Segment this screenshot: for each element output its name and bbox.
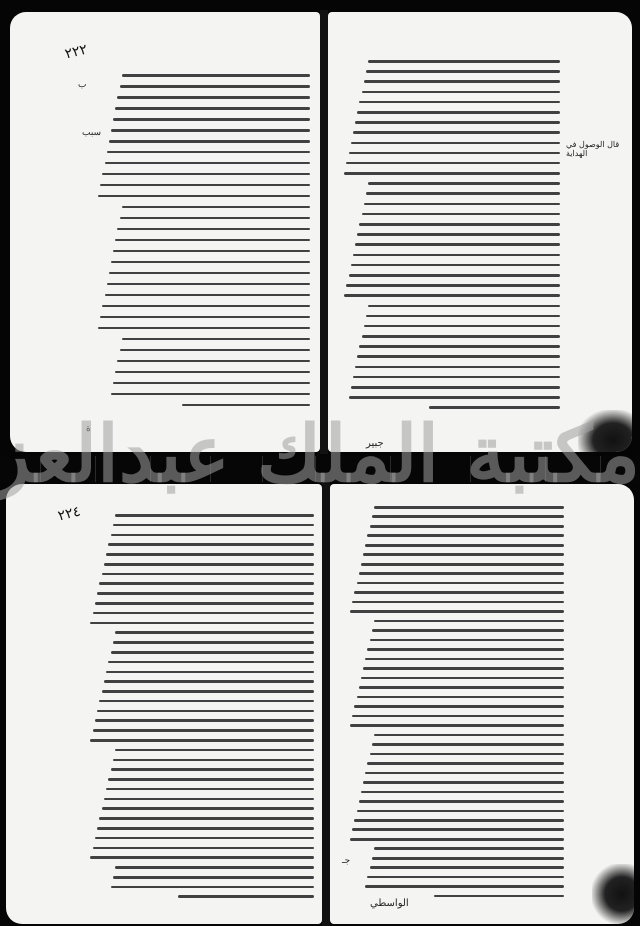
text-line	[429, 406, 560, 409]
text-line	[357, 810, 564, 813]
text-line	[354, 591, 564, 594]
text-line	[350, 610, 564, 613]
text-line	[359, 345, 560, 348]
text-line	[350, 724, 564, 727]
text-line	[364, 325, 560, 328]
text-line	[182, 404, 310, 407]
text-line	[367, 762, 564, 765]
text-line	[122, 206, 310, 209]
text-line	[365, 544, 564, 547]
text-line	[366, 315, 560, 318]
text-line	[113, 250, 310, 253]
text-line	[352, 828, 564, 831]
text-line	[361, 677, 564, 680]
text-line	[366, 70, 560, 73]
text-line	[357, 696, 564, 699]
scan-band	[0, 456, 640, 482]
text-line	[355, 366, 560, 369]
text-line	[352, 601, 564, 604]
bottom-spread: ٢٢٤ جـ الواسطي	[0, 482, 640, 926]
gutter	[322, 482, 330, 926]
text-line	[102, 173, 310, 176]
text-line	[349, 274, 560, 277]
text-line	[100, 316, 310, 319]
text-line	[111, 768, 314, 771]
text-line	[102, 690, 314, 693]
text-line	[359, 572, 564, 575]
text-line	[115, 371, 310, 374]
text-line	[115, 107, 310, 110]
text-line	[93, 729, 314, 732]
text-line	[365, 885, 564, 888]
text-line	[97, 827, 314, 830]
text-line	[365, 772, 564, 775]
text-line	[366, 192, 560, 195]
text-line	[372, 743, 564, 746]
text-line	[98, 195, 310, 198]
text-line	[111, 393, 310, 396]
text-line	[362, 91, 560, 94]
text-line	[374, 847, 564, 850]
text-line	[111, 534, 314, 537]
text-line	[104, 563, 314, 566]
text-line	[113, 524, 314, 527]
text-line	[364, 203, 560, 206]
text-line	[102, 573, 314, 576]
margin-note: قال الوصول في الهداية	[566, 140, 626, 158]
top-left-page: ٢٢٢ ب سبب ة	[10, 12, 320, 452]
text-line	[351, 386, 560, 389]
text-line	[357, 233, 560, 236]
text-line	[352, 715, 564, 718]
text-line	[349, 396, 560, 399]
text-line	[355, 121, 560, 124]
text-line	[106, 553, 314, 556]
scan-shadow	[592, 864, 634, 924]
text-line	[434, 895, 564, 898]
text-line	[363, 553, 564, 556]
text-line	[350, 838, 564, 841]
bottom-right-page: جـ الواسطي	[330, 484, 634, 924]
text-line	[107, 283, 310, 286]
text-line	[178, 895, 314, 898]
text-line	[117, 96, 310, 99]
text-line	[111, 261, 310, 264]
scan-shadow	[578, 410, 632, 452]
text-line	[95, 602, 314, 605]
text-line	[115, 866, 314, 869]
text-line	[93, 612, 314, 615]
text-line	[354, 705, 564, 708]
text-line	[90, 739, 314, 742]
text-line	[90, 856, 314, 859]
text-line	[111, 886, 314, 889]
text-line	[111, 651, 314, 654]
text-line	[105, 294, 310, 297]
text-line	[109, 272, 310, 275]
text-line	[99, 817, 314, 820]
text-line	[374, 734, 564, 737]
text-line	[368, 182, 560, 185]
text-line	[374, 506, 564, 509]
text-line	[370, 753, 564, 756]
text-line	[346, 162, 560, 165]
text-block	[342, 60, 560, 417]
text-line	[108, 661, 314, 664]
text-line	[367, 876, 564, 879]
text-line	[102, 305, 310, 308]
text-line	[344, 172, 560, 175]
text-line	[359, 223, 560, 226]
text-line	[367, 534, 564, 537]
text-block	[88, 514, 314, 905]
text-line	[344, 294, 560, 297]
text-line	[95, 719, 314, 722]
text-line	[359, 800, 564, 803]
text-line	[372, 515, 564, 518]
text-line	[367, 648, 564, 651]
text-line	[363, 781, 564, 784]
text-line	[357, 111, 560, 114]
text-line	[362, 335, 560, 338]
text-line	[349, 152, 560, 155]
text-line	[97, 710, 314, 713]
text-line	[365, 658, 564, 661]
text-line	[120, 85, 310, 88]
text-line	[353, 376, 560, 379]
text-line	[99, 700, 314, 703]
text-line	[115, 239, 310, 242]
text-line	[368, 305, 560, 308]
text-line	[364, 80, 560, 83]
text-line	[106, 788, 314, 791]
text-line	[370, 639, 564, 642]
text-line	[368, 60, 560, 63]
catchword: جبير	[366, 438, 384, 449]
text-line	[122, 74, 310, 77]
text-line	[98, 327, 310, 330]
text-line	[346, 284, 560, 287]
gutter	[320, 10, 328, 454]
text-line	[374, 620, 564, 623]
text-line	[113, 382, 310, 385]
text-line	[122, 338, 310, 341]
top-right-page: قال الوصول في الهداية جبير	[328, 12, 632, 452]
text-line	[370, 866, 564, 869]
text-line	[353, 254, 560, 257]
text-line	[108, 543, 314, 546]
text-line	[111, 129, 310, 132]
text-line	[362, 213, 560, 216]
text-line	[104, 798, 314, 801]
text-line	[100, 184, 310, 187]
text-line	[102, 807, 314, 810]
text-line	[351, 142, 560, 145]
text-line	[93, 847, 314, 850]
text-line	[357, 355, 560, 358]
text-line	[117, 228, 310, 231]
text-line	[355, 243, 560, 246]
text-line	[372, 857, 564, 860]
text-line	[351, 264, 560, 267]
text-line	[106, 671, 314, 674]
text-line	[113, 118, 310, 121]
text-line	[353, 131, 560, 134]
text-line	[113, 876, 314, 879]
text-line	[372, 629, 564, 632]
text-line	[115, 631, 314, 634]
text-line	[115, 749, 314, 752]
footer-mark: ة	[86, 424, 91, 434]
text-line	[95, 837, 314, 840]
text-line	[97, 592, 314, 595]
text-line	[109, 140, 310, 143]
top-spread: ٢٢٢ ب سبب ة قال الوصول في الهداية جبير	[0, 0, 640, 456]
text-line	[370, 525, 564, 528]
text-line	[113, 641, 314, 644]
text-line	[361, 791, 564, 794]
text-line	[107, 151, 310, 154]
text-block	[348, 506, 564, 904]
text-line	[117, 360, 310, 363]
text-line	[105, 162, 310, 165]
text-line	[361, 563, 564, 566]
page-number: ٢٢٢	[63, 42, 89, 63]
text-line	[120, 349, 310, 352]
text-line	[115, 514, 314, 517]
text-line	[104, 680, 314, 683]
text-line	[354, 819, 564, 822]
text-line	[99, 582, 314, 585]
text-block	[96, 74, 310, 415]
text-line	[363, 667, 564, 670]
page-number: ٢٢٤	[56, 504, 82, 525]
text-line	[108, 778, 314, 781]
text-line	[359, 686, 564, 689]
text-line	[359, 101, 560, 104]
bottom-left-page: ٢٢٤	[6, 484, 322, 924]
margin-note: ب	[78, 80, 86, 90]
text-line	[90, 622, 314, 625]
text-line	[120, 217, 310, 220]
text-line	[357, 582, 564, 585]
text-line	[113, 759, 314, 762]
